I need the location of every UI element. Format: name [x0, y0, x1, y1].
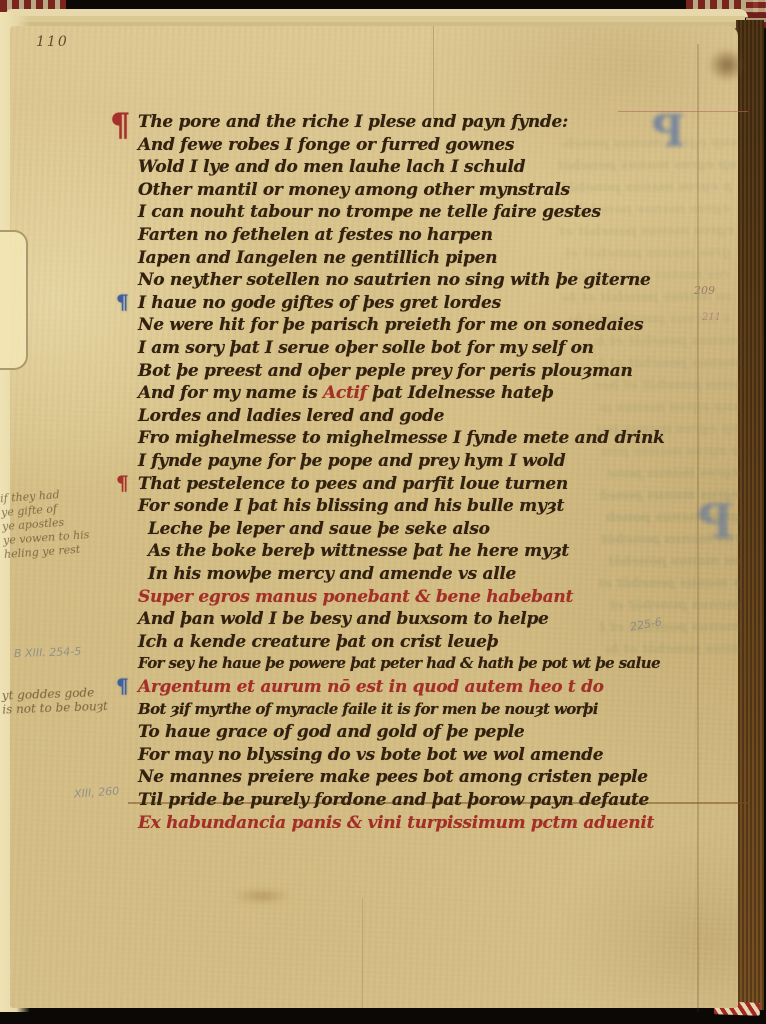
- parchment-tab: [0, 230, 28, 370]
- manuscript-line: And þan wold I be besy and buxsom to hel…: [138, 609, 549, 629]
- manuscript-line: ¶I haue no gode giftes of þes gret lorde…: [138, 293, 501, 313]
- manuscript-line: Iapen and Iangelen ne gentillich pipen: [138, 248, 497, 268]
- manuscript-line: ¶That pestelence to pees and parfit loue…: [138, 474, 568, 494]
- manuscript-line: Bot þe preest and oþer peple prey for pe…: [138, 361, 633, 381]
- paraph-mark-blue: ¶: [116, 290, 129, 314]
- ink-text: Til pride be purely fordone and þat þoro…: [138, 790, 649, 810]
- manuscript-line: I fynde payne for þe pope and prey hym I…: [138, 451, 565, 471]
- ink-text: And for my name is: [138, 383, 323, 403]
- smudge-stain: [232, 888, 292, 904]
- manuscript-line: No neyther sotellen no sautrien no sing …: [138, 270, 651, 290]
- ink-text: I can nouht tabour no trompe ne telle fa…: [138, 202, 601, 222]
- ink-text: Iapen and Iangelen ne gentillich pipen: [138, 248, 497, 268]
- manuscript-line: Til pride be purely fordone and þat þoro…: [138, 790, 649, 810]
- ink-text: The pore and the riche I plese and payn …: [138, 112, 568, 132]
- ink-text: That pestelence to pees and parfit loue …: [138, 474, 568, 494]
- ink-text: And fewe robes I fonge or furred gownes: [138, 135, 514, 155]
- pencil-reference-260: XIII, 260: [74, 784, 120, 800]
- manuscript-line: Ex habundancia panis & vini turpissimum …: [138, 813, 654, 833]
- manuscript-line: Leche þe leper and saue þe seke also: [148, 519, 490, 539]
- marginal-annotation-upper: if they hadye gifte ofye apostlesye vowe…: [0, 484, 124, 562]
- manuscript-line: Ne mannes preiere make pees bot among cr…: [138, 767, 648, 787]
- ink-text: Bot ȝif myrthe of myracle faile it is fo…: [138, 700, 598, 718]
- manuscript-line: For sey he haue þe powere þat peter had …: [138, 654, 660, 672]
- ink-text: Fro mighelmesse to mighelmesse I fynde m…: [138, 428, 665, 448]
- rubricated-text: Super egros manus ponebant & bene habeba…: [138, 587, 573, 607]
- ink-text: For may no blyssing do vs bote bot we wo…: [138, 745, 603, 765]
- ink-text: I am sory þat I serue oþer solle bot for…: [138, 338, 594, 358]
- ink-stain: [708, 48, 746, 82]
- text-block: ¶The pore and the riche I plese and payn…: [138, 112, 744, 836]
- ink-text: And þan wold I be besy and buxsom to hel…: [138, 609, 549, 629]
- manuscript-line: To haue grace of god and gold of þe pepl…: [138, 722, 524, 742]
- manuscript-line: Super egros manus ponebant & bene habeba…: [138, 587, 573, 607]
- ink-text: Farten no fethelen at festes no harpen: [138, 225, 493, 245]
- manuscript-line: Ich a kende creature þat on crist leueþ: [138, 632, 498, 652]
- ink-text: Ich a kende creature þat on crist leueþ: [138, 632, 498, 652]
- ink-text: I haue no gode giftes of þes gret lordes: [138, 293, 501, 313]
- ink-text: Ne were hit for þe parisch preieth for m…: [138, 315, 643, 335]
- manuscript-line: ¶Argentum et aurum nō est in quod autem …: [138, 677, 604, 697]
- manuscript-line: For sonde I þat his blissing and his bul…: [138, 496, 564, 516]
- manuscript-line: Lordes and ladies lered and gode: [138, 406, 444, 426]
- ink-text: þat Idelnesse hateþ: [367, 383, 554, 403]
- manuscript-line: And fewe robes I fonge or furred gownes: [138, 135, 514, 155]
- paraph-mark-blue: ¶: [116, 674, 129, 698]
- manuscript-line: As the boke bereþ wittnesse þat he here …: [148, 541, 569, 561]
- manuscript-line: In his mowþe mercy and amende vs alle: [148, 564, 516, 584]
- folio-number: 110: [36, 34, 69, 50]
- ink-text: For sonde I þat his blissing and his bul…: [138, 496, 564, 516]
- ink-text: Leche þe leper and saue þe seke also: [148, 519, 490, 539]
- manuscript-line: For may no blyssing do vs bote bot we wo…: [138, 745, 603, 765]
- ink-text: Bot þe preest and oþer peple prey for pe…: [138, 361, 633, 381]
- ink-text: In his mowþe mercy and amende vs alle: [148, 564, 516, 584]
- ink-text: As the boke bereþ wittnesse þat he here …: [148, 541, 569, 561]
- ink-text: To haue grace of god and gold of þe pepl…: [138, 722, 524, 742]
- ink-text: Other mantil or money among other mynstr…: [138, 180, 570, 200]
- manuscript-line: Farten no fethelen at festes no harpen: [138, 225, 493, 245]
- manuscript-line: ¶The pore and the riche I plese and payn…: [138, 112, 568, 132]
- manuscript-line: I am sory þat I serue oþer solle bot for…: [138, 338, 594, 358]
- manuscript-line: And for my name is Actif þat Idelnesse h…: [138, 383, 553, 403]
- manuscript-line: Ne were hit for þe parisch preieth for m…: [138, 315, 643, 335]
- rubricated-text: Actif: [323, 383, 367, 403]
- manuscript-line: Wold I lye and do men lauhe lach I schul…: [138, 157, 525, 177]
- bound-manuscript-book: 110 sup egros manus ponebāt et bene habe…: [0, 0, 766, 1024]
- paraph-mark-red: ¶: [116, 471, 129, 495]
- ink-text: Ne mannes preiere make pees bot among cr…: [138, 767, 648, 787]
- ink-text: Wold I lye and do men lauhe lach I schul…: [138, 157, 525, 177]
- rubricated-text: Argentum et aurum nō est in quod autem h…: [138, 677, 604, 697]
- ink-text: Lordes and ladies lered and gode: [138, 406, 444, 426]
- parchment-page: 110 sup egros manus ponebāt et bene habe…: [10, 26, 738, 1008]
- marginal-annotation-lower: yt goddes godeis not to be bouȝt: [2, 683, 153, 716]
- pencil-reference-b: B XIII. 254-5: [14, 645, 82, 660]
- paraph-mark-red: ¶: [110, 106, 130, 144]
- ink-text: For sey he haue þe powere þat peter had …: [138, 654, 660, 672]
- crease-line: [362, 898, 363, 1008]
- rubricated-text: Ex habundancia panis & vini turpissimum …: [138, 813, 654, 833]
- manuscript-line: I can nouht tabour no trompe ne telle fa…: [138, 202, 601, 222]
- manuscript-line: Bot ȝif myrthe of myracle faile it is fo…: [138, 700, 598, 718]
- crease-line: [433, 26, 434, 118]
- ink-text: I fynde payne for þe pope and prey hym I…: [138, 451, 565, 471]
- manuscript-line: Fro mighelmesse to mighelmesse I fynde m…: [138, 428, 665, 448]
- manuscript-line: Other mantil or money among other mynstr…: [138, 180, 570, 200]
- ink-text: No neyther sotellen no sautrien no sing …: [138, 270, 651, 290]
